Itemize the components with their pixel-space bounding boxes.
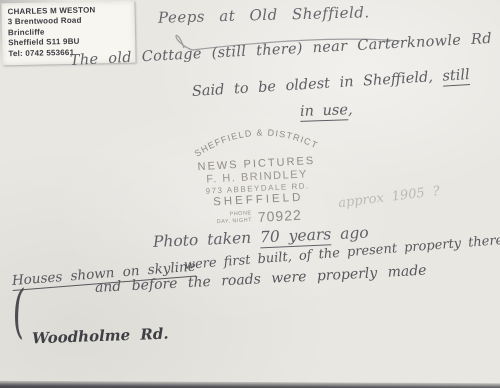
photo-note-pre: Photo taken (153, 228, 261, 251)
stamp-phone-labels: PHONE DAY. NIGHT (216, 210, 252, 226)
in-use-underlined: in use (300, 102, 349, 122)
photo-note-post: ago (331, 224, 369, 244)
oldest-note-text: Said to be oldest in Sheffield, (192, 69, 443, 100)
handwritten-bracket: ( (11, 276, 26, 345)
in-use-comma: , (348, 102, 353, 118)
stamp-phone-number: 70922 (257, 206, 302, 224)
svg-text:SHEFFIELD & DISTRICT: SHEFFIELD & DISTRICT (192, 124, 321, 159)
scan-bottom-edge (0, 381, 500, 388)
handwritten-road-name: Woodholme Rd. (32, 325, 169, 348)
handwritten-oldest-note: Said to be oldest in Sheffield, still (192, 67, 471, 100)
pencil-date-note: approx 1905 ? (337, 184, 440, 211)
photo-note-underlined: 70 years (260, 225, 332, 248)
photo-back-scan: CHARLES M WESTON 3 Brentwood Road Brincl… (0, 0, 500, 388)
stamp-phone-label-night: DAY. NIGHT (217, 217, 253, 226)
news-pictures-stamp: SHEFFIELD & DISTRICT NEWS PICTURES F. H.… (190, 124, 325, 228)
handwritten-in-use-note: in use, (300, 102, 353, 120)
stamp-arc-text: SHEFFIELD & DISTRICT (190, 124, 321, 159)
oldest-note-underlined: still (442, 67, 470, 87)
